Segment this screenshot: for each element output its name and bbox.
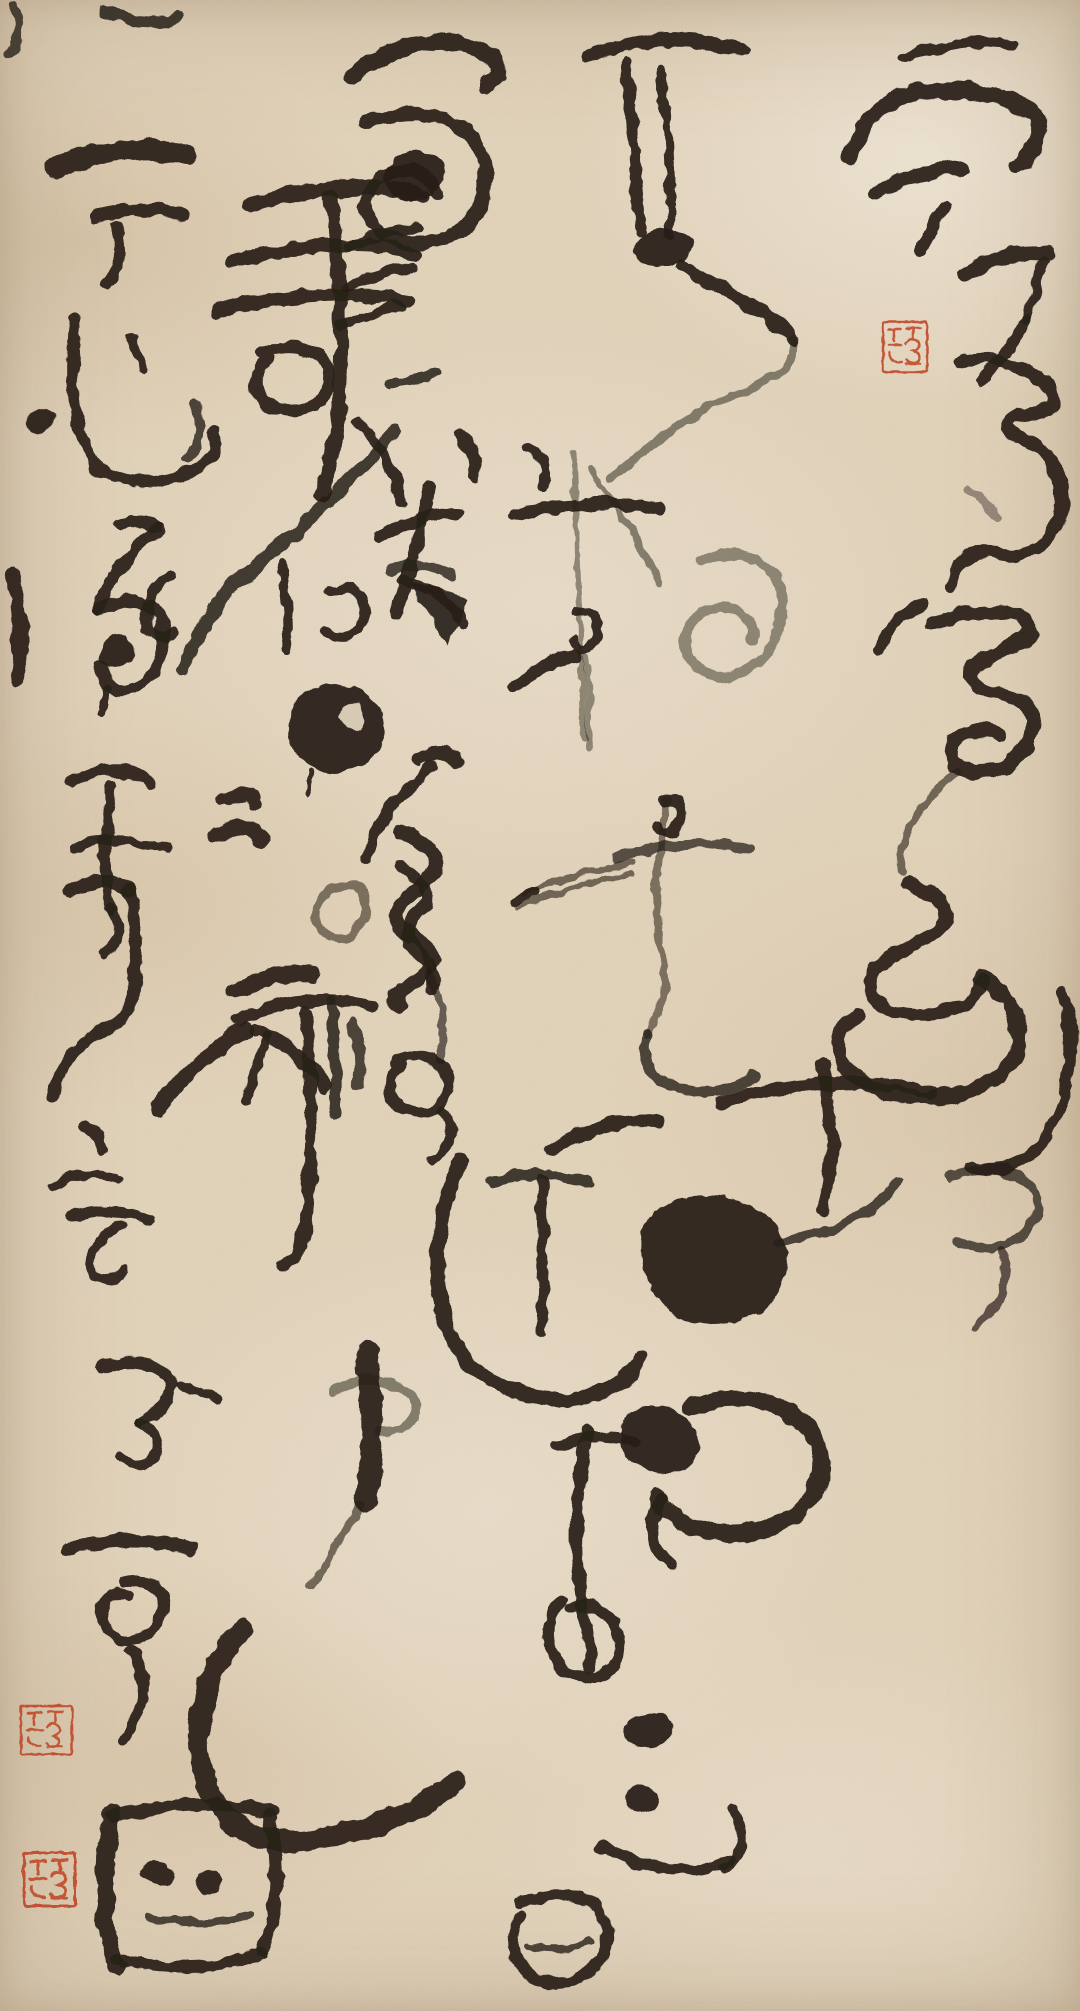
ink-stroke	[586, 656, 589, 749]
ink-blob	[339, 701, 365, 731]
ink-blob	[195, 1871, 221, 1893]
ink-blob	[626, 1785, 660, 1813]
ink-stroke	[106, 786, 112, 908]
ink-stroke	[308, 770, 310, 794]
ink-blob	[288, 683, 384, 773]
calligraphy-canvas	[0, 0, 1080, 2011]
ink-stroke	[96, 209, 182, 217]
ink-stroke	[12, 572, 19, 680]
ink-stroke	[282, 565, 288, 652]
paper-grain-texture	[0, 0, 1080, 2011]
ink-stroke	[541, 1181, 543, 1331]
ink-stroke	[330, 1000, 336, 1115]
calligraphy-artwork	[0, 0, 1080, 2011]
ink-blob	[641, 1196, 787, 1324]
